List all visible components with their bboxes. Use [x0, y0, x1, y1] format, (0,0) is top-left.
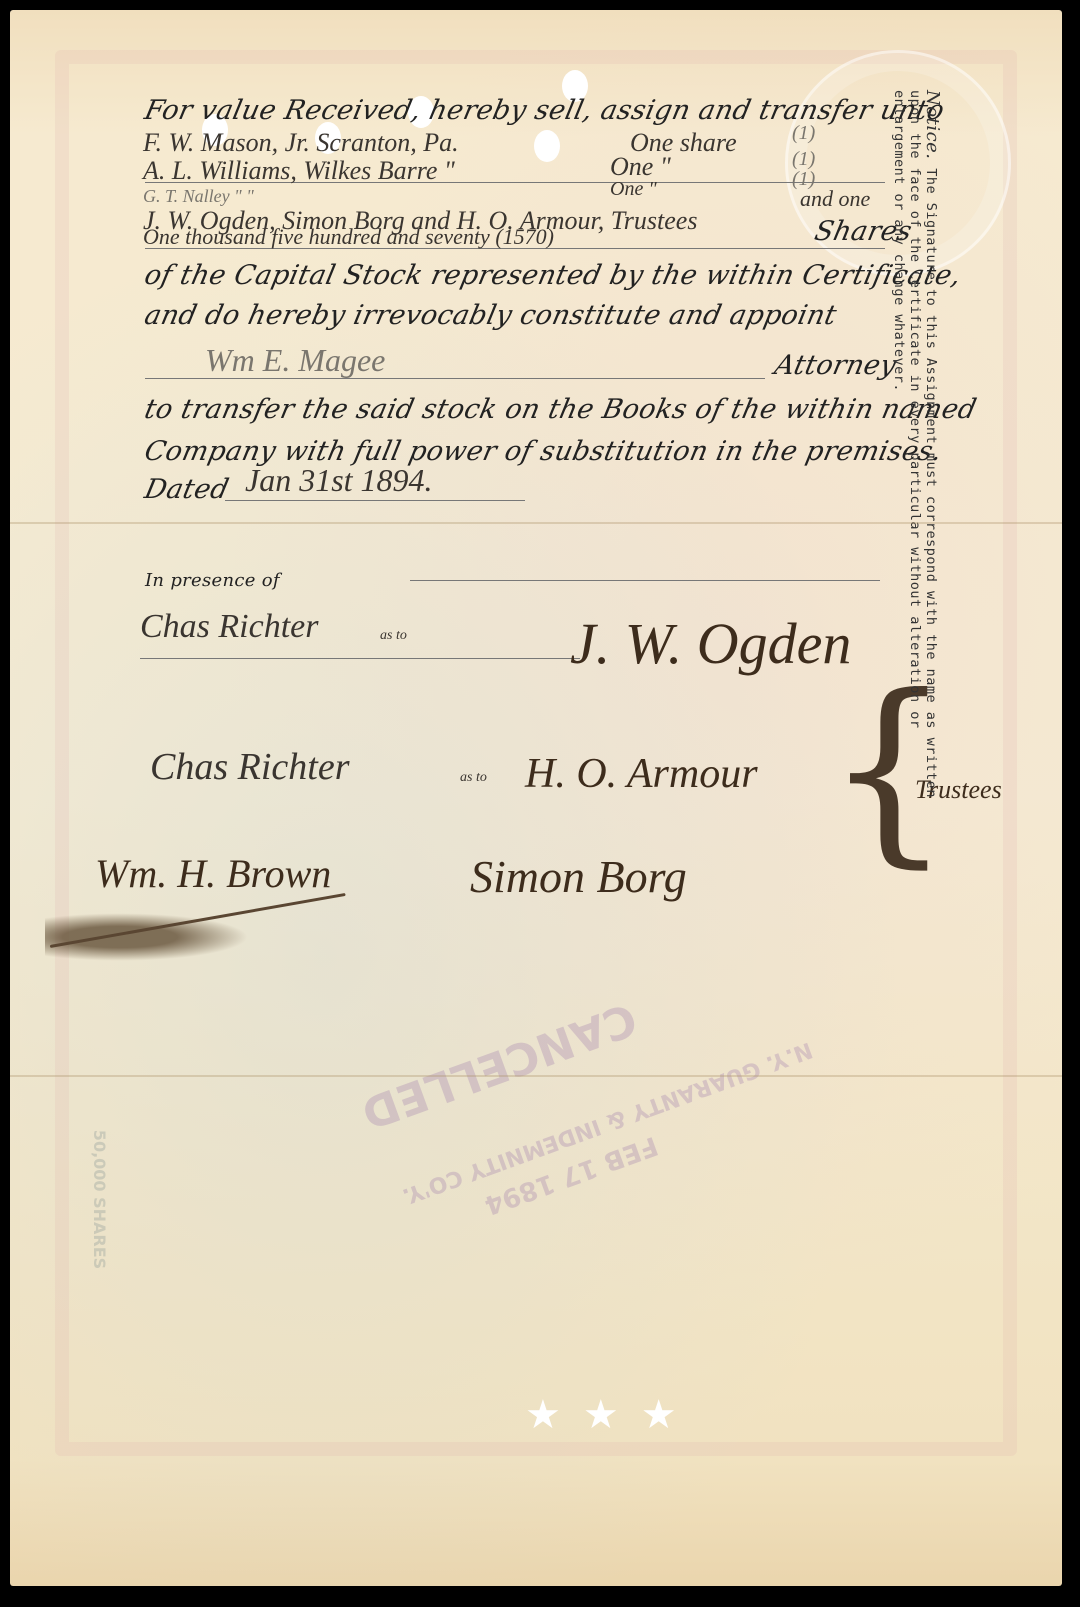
star-punch-icon: ★	[525, 1395, 561, 1435]
signature-borg: Simon Borg	[470, 850, 687, 903]
fold-line-top	[10, 522, 1062, 524]
notice-vertical: Notice. The Signature to this Assignment…	[891, 90, 940, 830]
witness-1: Chas Richter	[140, 608, 318, 646]
witness-2-suffix: as to	[460, 770, 487, 786]
transferee-3-shares: One "	[610, 178, 657, 201]
transferee-3: G. T. Nalley " "	[143, 186, 254, 207]
capital-stock-line: of the Capital Stock represented by the …	[142, 260, 964, 291]
certificate-paper: CANCELLED N.Y. GUARANTY & INDEMNITY CO'Y…	[10, 10, 1062, 1586]
fold-line-bottom	[10, 1075, 1062, 1077]
notice-text: The Signature to this Assignment must co…	[891, 90, 939, 798]
appoint-line: and do hereby irrevocably constitute and…	[142, 300, 840, 331]
dated-value: Jan 31st 1894.	[245, 462, 433, 499]
ink-blot	[45, 895, 345, 965]
punch-hole	[534, 130, 560, 162]
attorney-label: Attorney	[772, 350, 900, 381]
star-punch-icon: ★	[583, 1395, 619, 1435]
witness-3: Wm. H. Brown	[95, 850, 331, 897]
attorney-name: Wm E. Magee	[205, 342, 385, 379]
attorney-rule	[145, 378, 765, 379]
witness-rule	[140, 658, 580, 659]
star-punch-icon: ★	[641, 1395, 677, 1435]
notice-heading: Notice.	[922, 90, 943, 160]
dated-label: Dated	[142, 474, 232, 505]
transferee-1-count: (1)	[792, 122, 815, 145]
shares-total-ghost: 50,000 SHARES	[90, 1130, 109, 1269]
witness-1-suffix: as to	[380, 628, 407, 644]
dated-rule	[225, 500, 525, 501]
transfer-intro: For value Received, hereby sell, assign …	[142, 95, 947, 126]
witness-2: Chas Richter	[150, 745, 349, 789]
transferee-2: A. L. Williams, Wilkes Barre "	[143, 156, 455, 186]
transfer-line: to transfer the said stock on the Books …	[142, 394, 980, 425]
signature-ogden: J. W. Ogden	[570, 610, 851, 677]
presence-label: In presence of	[145, 570, 280, 591]
and-one-note: and one	[800, 186, 870, 212]
star-punch-cancellation: ★ ★ ★	[525, 1395, 677, 1435]
signature-armour: H. O. Armour	[525, 750, 758, 798]
transferee-1: F. W. Mason, Jr. Scranton, Pa.	[143, 128, 459, 158]
shares-words: One thousand five hundred and seventy (1…	[143, 224, 554, 250]
signature-rule	[410, 580, 880, 581]
